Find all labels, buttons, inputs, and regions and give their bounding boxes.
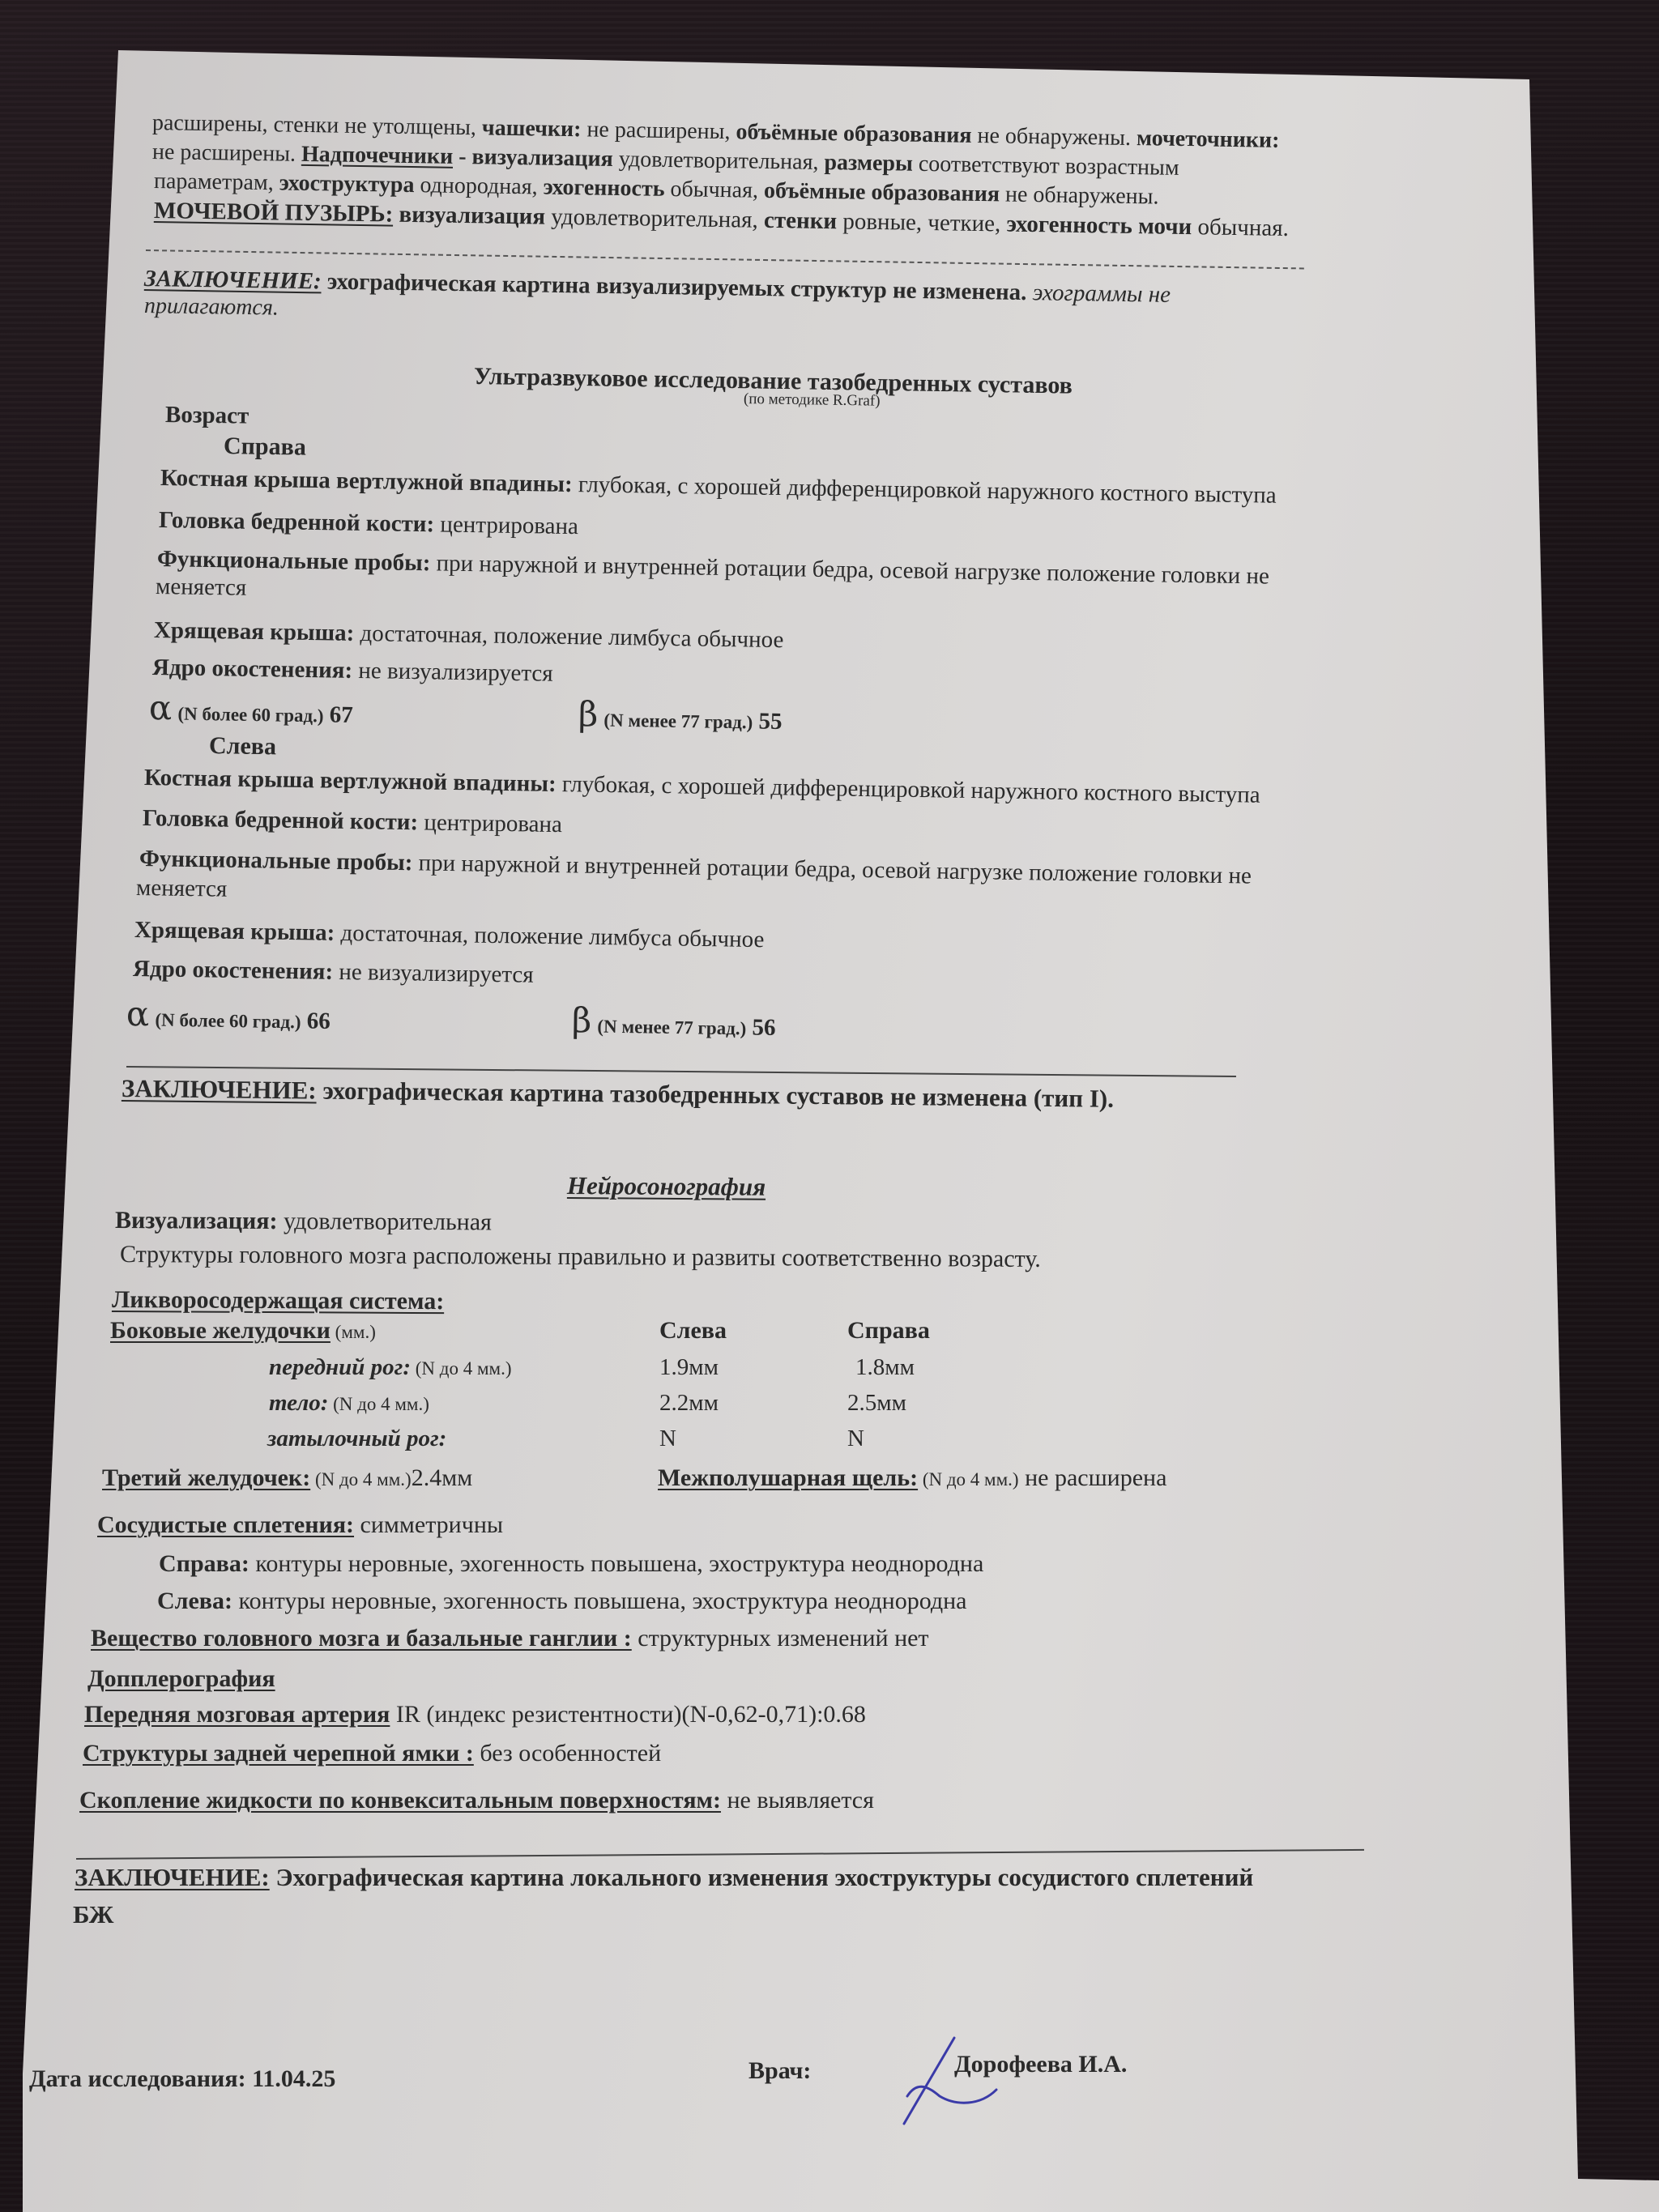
posterior-fossa: Структуры задней черепной ямки : без осо… xyxy=(83,1740,661,1768)
row-label: Боковые желудочки xyxy=(110,1317,331,1344)
row-label: Ядро окостенения: xyxy=(133,956,334,985)
row-label: Справа: xyxy=(159,1550,249,1577)
alpha-symbol: α xyxy=(149,688,173,727)
hip-left-heading: Слева xyxy=(209,732,277,761)
conclusion-text: Эхографическая картина локального измене… xyxy=(270,1863,1254,1891)
text-run: эхогенность мочи xyxy=(1006,211,1192,241)
row-label: Структуры задней черепной ямки : xyxy=(83,1740,474,1767)
text-run: стенки xyxy=(764,207,838,234)
row-label: Слева: xyxy=(157,1588,232,1614)
text-run: - xyxy=(453,144,472,169)
row-value: не расширена xyxy=(1019,1464,1167,1491)
ventricle-1-left: 2.2мм xyxy=(659,1390,719,1417)
neuro-structures-text: Структуры головного мозга расположены пр… xyxy=(120,1241,1041,1273)
row-norm: (N до 4 мм.) xyxy=(328,1394,429,1414)
text-run: расширены, стенки не утолщены, xyxy=(152,110,482,140)
choroid-plexus-left: Слева: контуры неровные, эхогенность пов… xyxy=(157,1588,966,1616)
text-run: не расширены. xyxy=(152,139,302,167)
ventricle-row-1: тело: (N до 4 мм.) xyxy=(269,1390,429,1417)
text-run: не обнаружены. xyxy=(1000,181,1159,209)
anterior-cerebral-artery: Передняя мозговая артерия IR (индекс рез… xyxy=(84,1701,866,1729)
row-value: контуры неровные, эхогенность повышена, … xyxy=(249,1550,983,1577)
row-norm: (N до 4 мм.) xyxy=(310,1469,412,1490)
neuro-section-title: Нейросонография xyxy=(567,1171,766,1201)
row-label: передний рог: xyxy=(269,1354,411,1380)
beta-value: 56 xyxy=(752,1014,775,1040)
alpha-value: 67 xyxy=(330,702,353,728)
beta-symbol: β xyxy=(572,1000,592,1040)
row-label: Визуализация: xyxy=(115,1207,278,1234)
row-value: не визуализируется xyxy=(333,959,534,988)
text-run: эхограммы не xyxy=(1026,279,1171,308)
text-run: МОЧЕВОЙ ПУЗЫРЬ: xyxy=(154,198,394,228)
row-value: симметричны xyxy=(354,1511,503,1538)
text-run: удовлетворительная, xyxy=(613,147,825,175)
hip-left-alpha: α (N более 60 град.) 66 xyxy=(126,995,331,1037)
row-value: 2.4мм xyxy=(412,1464,472,1491)
text-run: ровные, четкие, xyxy=(837,208,1007,237)
row-label: Третий желудочек: xyxy=(102,1464,310,1491)
text-run: размеры xyxy=(824,150,913,177)
third-ventricle: Третий желудочек: (N до 4 мм.)2.4мм xyxy=(102,1464,472,1493)
text-run: объёмные образования xyxy=(764,178,1000,207)
beta-norm: (N менее 77 град.) xyxy=(597,1016,746,1038)
col-right-heading: Справа xyxy=(847,1317,930,1345)
ventricle-0-left: 1.9мм xyxy=(659,1354,719,1381)
row-label: тело: xyxy=(269,1390,328,1416)
row-label: затылочный рог: xyxy=(267,1426,446,1451)
ventricle-0-right: 1.8мм xyxy=(855,1354,915,1381)
hip-right-beta: β (N менее 77 град.) 55 xyxy=(578,695,783,737)
neuro-conclusion: ЗАКЛЮЧЕНИЕ: Эхографическая картина локал… xyxy=(75,1863,1253,1892)
text-run: обычная. xyxy=(1192,214,1289,241)
neuro-visualization: Визуализация: удовлетворительная xyxy=(115,1207,492,1237)
text-run: мочеточники: xyxy=(1137,126,1280,153)
conclusion-label: ЗАКЛЮЧЕНИЕ: xyxy=(75,1863,270,1891)
study-date: Дата исследования: 11.04.25 xyxy=(29,2065,335,2094)
text-run: обычная, xyxy=(664,177,764,203)
conclusion-label: ЗАКЛЮЧЕНИЕ: xyxy=(122,1074,317,1105)
hip-right-row-2-cont: меняется xyxy=(156,573,247,602)
ventricle-row-2: затылочный рог: xyxy=(267,1426,446,1452)
text-run: не обнаружены. xyxy=(971,123,1137,151)
row-label: Сосудистые сплетения: xyxy=(97,1511,354,1538)
row-label: Скопление жидкости по конвекситальным по… xyxy=(79,1787,721,1813)
row-value: центрирована xyxy=(434,511,578,539)
alpha-norm: (N более 60 град.) xyxy=(155,1010,301,1033)
row-value: не визуализируется xyxy=(352,658,553,687)
row-label: Ядро окостенения: xyxy=(152,654,353,684)
row-value: удовлетворительная xyxy=(277,1208,491,1235)
unit: (мм.) xyxy=(331,1322,376,1342)
row-label: Вещество головного мозга и базальные ган… xyxy=(91,1625,632,1652)
text-run: объёмные образования xyxy=(736,119,971,148)
alpha-symbol: α xyxy=(126,994,150,1034)
text-run: удовлетворительная, xyxy=(545,204,764,233)
text-run: Надпочечники xyxy=(301,142,454,169)
neuro-conclusion-cont: БЖ xyxy=(73,1900,113,1929)
choroid-plexus: Сосудистые сплетения: симметричны xyxy=(97,1511,503,1540)
row-label: Костная крыша вертлужной впадины: xyxy=(160,465,573,497)
hip-left-row-2-cont: меняется xyxy=(136,875,228,903)
row-norm: (N до 4 мм.) xyxy=(918,1469,1019,1490)
text-run: эхогенность xyxy=(543,175,664,202)
text-run: чашечки: xyxy=(482,115,582,142)
doctor-signature xyxy=(891,2033,1069,2130)
row-value: контуры неровные, эхогенность повышена, … xyxy=(232,1588,966,1614)
row-label: Функциональные пробы: xyxy=(157,546,431,576)
row-value: IR (индекс резистентности)(N-0,62-0,71):… xyxy=(390,1701,866,1728)
text-run: параметрам, xyxy=(154,168,279,195)
row-label: Головка бедренной кости: xyxy=(143,805,419,835)
convexital-fluid: Скопление жидкости по конвекситальным по… xyxy=(79,1787,874,1815)
row-label: Хрящевая крыша: xyxy=(154,617,355,646)
text-run: визуализация xyxy=(471,144,613,172)
ventricle-row-0: передний рог: (N до 4 мм.) xyxy=(269,1354,512,1381)
brain-matter: Вещество головного мозга и базальные ган… xyxy=(91,1625,929,1653)
row-value: структурных изменений нет xyxy=(632,1625,929,1652)
beta-norm: (N менее 77 град.) xyxy=(603,710,753,732)
text-run: визуализация xyxy=(393,202,545,230)
text-run: не расширены, xyxy=(581,117,736,144)
row-label: Хрящевая крыша: xyxy=(134,917,335,946)
row-norm: (N до 4 мм.) xyxy=(411,1358,512,1379)
row-value: не выявляется xyxy=(721,1787,874,1813)
ventricle-2-left: N xyxy=(659,1426,676,1452)
col-left-heading: Слева xyxy=(659,1317,727,1345)
hip-right-heading: Справа xyxy=(224,433,306,462)
text-run: эхоструктура xyxy=(279,170,414,198)
alpha-value: 66 xyxy=(307,1008,331,1034)
date-label: Дата исследования: xyxy=(29,2065,246,2092)
kidneys-conclusion-cont: прилагаются. xyxy=(144,293,279,322)
row-label: Передняя мозговая артерия xyxy=(84,1701,390,1728)
lateral-ventricles-heading: Боковые желудочки (мм.) xyxy=(110,1317,376,1345)
text-run: соответствуют возрастным xyxy=(913,151,1179,181)
row-label: Костная крыша вертлужной впадины: xyxy=(144,765,557,797)
row-value: без особенностей xyxy=(474,1740,661,1767)
date-value: 11.04.25 xyxy=(246,2065,336,2092)
interhemispheric-fissure: Межполушарная щель: (N до 4 мм.) не расш… xyxy=(658,1464,1166,1493)
ventricle-1-right: 2.5мм xyxy=(847,1390,906,1417)
doctor-label: Врач: xyxy=(748,2057,811,2086)
hip-method-note: (по методике R.Graf) xyxy=(744,390,881,410)
row-value: центрирована xyxy=(418,809,562,837)
hip-right-alpha: α (N более 60 град.) 67 xyxy=(149,688,354,731)
hip-left-beta: β (N менее 77 град.) 56 xyxy=(572,1001,776,1043)
choroid-plexus-right: Справа: контуры неровные, эхогенность по… xyxy=(159,1550,983,1579)
beta-value: 55 xyxy=(758,708,782,734)
alpha-norm: (N более 60 град.) xyxy=(177,704,323,727)
row-label: Головка бедренной кости: xyxy=(159,507,435,537)
row-label: Функциональные пробы: xyxy=(139,846,413,876)
csf-system-heading: Ликворосодержащая система: xyxy=(112,1286,444,1316)
text-run: ЗАКЛЮЧЕНИЕ: xyxy=(144,266,322,294)
beta-symbol: β xyxy=(578,694,599,734)
ventricle-2-right: N xyxy=(847,1426,864,1452)
doppler-heading: Допплерография xyxy=(87,1665,275,1694)
text-run: однородная, xyxy=(414,173,544,199)
age-label: Возраст xyxy=(165,402,249,430)
doctor-name: Дорофеева И.А. xyxy=(954,2051,1127,2079)
row-label: Межполушарная щель: xyxy=(658,1464,918,1491)
